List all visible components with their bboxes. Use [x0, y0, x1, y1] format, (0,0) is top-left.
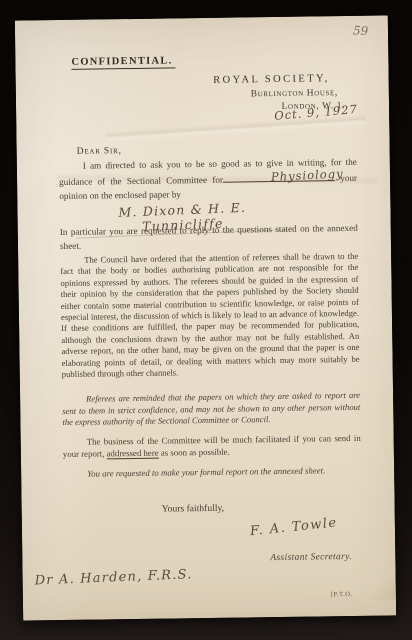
para5-underlined-phrase: addressed here [107, 447, 159, 459]
complimentary-close: Yours faithfully, [162, 503, 225, 515]
body-paragraph-2: In particular you are requested to reply… [60, 221, 358, 253]
photo-background: 59 CONFIDENTIAL. ROYAL SOCIETY, Burlingt… [0, 0, 412, 640]
body-paragraph-1: I am directed to ask you to be so good a… [59, 155, 358, 204]
letter-paper: 59 CONFIDENTIAL. ROYAL SOCIETY, Burlingt… [15, 15, 396, 620]
body-paragraph-4-italic: Referees are reminded that the papers on… [62, 390, 360, 429]
body-paragraph-3: The Council have ordered that the attent… [60, 251, 360, 381]
signature-title: Assistant Secretary. [270, 552, 352, 563]
paper-fold-bottom-right [366, 569, 396, 599]
handwritten-committee: Physiology [247, 166, 344, 185]
para5-text-after-underline: as soon as possible. [161, 446, 230, 457]
committee-blank-line: Physiology [223, 170, 335, 183]
handwritten-signature: F. A. Towle [249, 515, 338, 539]
salutation: Dear Sir, [77, 146, 122, 157]
letterhead-org: ROYAL SOCIETY, [213, 73, 330, 86]
handwritten-addressee: Dr A. Harden, F.R.S. [34, 567, 192, 588]
pencil-folio-number: 59 [353, 23, 369, 38]
body-paragraph-5: The business of the Committee will be mu… [63, 433, 361, 460]
body-paragraph-6-italic: You are requested to make your formal re… [63, 465, 361, 481]
pto-note: [P.T.O. [331, 591, 353, 598]
letterhead-address-line1: Burlington House, [251, 88, 338, 99]
confidential-stamp: CONFIDENTIAL. [71, 55, 175, 69]
